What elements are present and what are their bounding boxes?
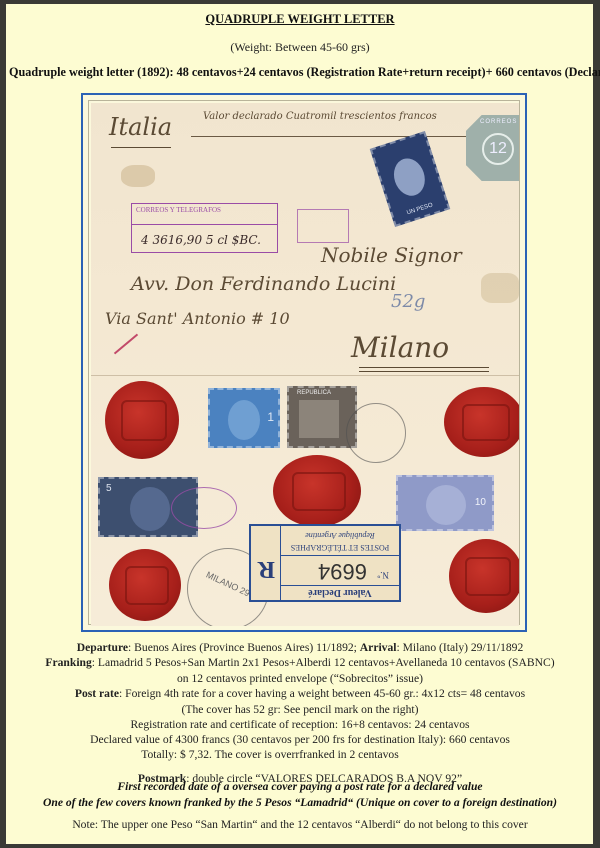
- stain: [121, 165, 155, 187]
- declared-value-note: Valor declarado Cuatromil trescientos fr…: [203, 111, 437, 122]
- stamp-label: 5: [106, 483, 112, 494]
- addressee-line2: Avv. Don Ferdinando Lucini: [131, 273, 396, 295]
- franking-label: Franking: [45, 656, 91, 669]
- reg-service: POSTES ET TÉLÉGRAPHES: [281, 543, 399, 552]
- pencil-mark: [114, 334, 138, 355]
- portrait: [130, 487, 170, 531]
- underline: [359, 367, 489, 372]
- wax-seal: [105, 381, 179, 459]
- highlight-line1: First recorded date of a oversea cover p…: [0, 779, 600, 795]
- addressee-line1: Nobile Signor: [321, 243, 462, 267]
- arrival-value: : Milano (Italy) 29/11/1892: [397, 641, 524, 654]
- portrait: [426, 485, 466, 525]
- departure-arrival: Departure: Buenos Aires (Province Buenos…: [0, 640, 600, 655]
- registration-label: Valeur Declaré N.º 6694 POSTES ET TÉLÉGR…: [249, 524, 401, 602]
- postal-indicium-12c: CORREOS 12: [466, 115, 519, 181]
- stamp-label: UN PESO: [393, 198, 446, 220]
- declared-value-rate: Declared value of 4300 francs (30 centav…: [0, 732, 600, 747]
- flap-fold: [91, 375, 519, 376]
- registry-handwriting: 4 3616,90 5 cl $BC.: [141, 233, 261, 247]
- underline: [191, 136, 471, 137]
- post-rate-label: Post rate: [75, 687, 119, 700]
- highlight-line2: One of the few covers known franked by t…: [0, 795, 600, 811]
- divider: [132, 224, 277, 225]
- stamp-avellaneda-10c: 10: [396, 475, 494, 531]
- arrival-label: Arrival: [360, 641, 397, 654]
- franking-value: : Lamadrid 5 Pesos+San Martin 2x1 Pesos+…: [92, 656, 555, 669]
- footnote: Note: The upper one Peso “San Martin“ an…: [0, 818, 600, 831]
- wax-seal: [449, 539, 519, 613]
- underline: [111, 147, 171, 148]
- portrait: [228, 400, 260, 440]
- rate-summary: Quadruple weight letter (1892): 48 centa…: [9, 65, 600, 80]
- wax-seal: [273, 455, 361, 527]
- stamp-label: 10: [475, 497, 486, 508]
- stamp-label: REPUBLICA: [297, 390, 331, 396]
- reg-number: 6694: [318, 558, 367, 584]
- stamp-san-martin-1-peso-blue: 1: [208, 388, 280, 448]
- post-rate: Post rate: Foreign 4th rate for a cover …: [0, 686, 600, 701]
- stamp-san-martin-1-peso: UN PESO: [370, 131, 451, 227]
- total: Totally: $ 7,32. The cover is overrfrank…: [0, 747, 600, 762]
- portrait: [299, 400, 339, 438]
- stain: [481, 273, 519, 303]
- divider: [281, 585, 399, 586]
- pencil-weight-mark: 52g: [391, 291, 425, 312]
- franking-line2: on 12 centavos printed envelope (“Sobrec…: [0, 671, 600, 686]
- purple-box-mark: [297, 209, 349, 243]
- post-rate-note: (The cover has 52 gr: See pencil mark on…: [0, 702, 600, 717]
- destination-country: Italia: [109, 113, 172, 141]
- divider: [280, 526, 281, 600]
- departure-label: Departure: [77, 641, 128, 654]
- reg-number-prefix: N.º: [377, 570, 389, 580]
- registry-handstamp-text: CORREOS Y TELEGRAFOS: [136, 206, 221, 214]
- address-street: Via Sant' Antonio # 10: [105, 309, 290, 328]
- franking: Franking: Lamadrid 5 Pesos+San Martin 2x…: [0, 655, 600, 670]
- reg-mark: R: [258, 555, 275, 582]
- post-rate-value: : Foreign 4th rate for a cover having a …: [119, 687, 525, 700]
- reg-country: Republique Argentine: [281, 531, 399, 540]
- departure-value: : Buenos Aires (Province Buenos Aires) 1…: [128, 641, 360, 654]
- wax-seal: [444, 387, 519, 457]
- stamp-label: 1: [267, 410, 274, 424]
- page-subtitle: (Weight: Between 45-60 grs): [0, 40, 600, 55]
- registration-rate: Registration rate and certificate of rec…: [0, 717, 600, 732]
- reg-label-header: Valeur Declaré: [281, 587, 399, 598]
- indicium-value: 12: [482, 133, 514, 165]
- portrait: [389, 154, 429, 199]
- divider: [281, 555, 399, 556]
- indicium-text: CORREOS: [480, 119, 517, 125]
- postmark-circle: [346, 403, 406, 463]
- purple-postmark: [171, 487, 237, 529]
- page-title: QUADRUPLE WEIGHT LETTER: [0, 12, 600, 27]
- wax-seal: [109, 549, 181, 621]
- address-city: Milano: [351, 331, 449, 364]
